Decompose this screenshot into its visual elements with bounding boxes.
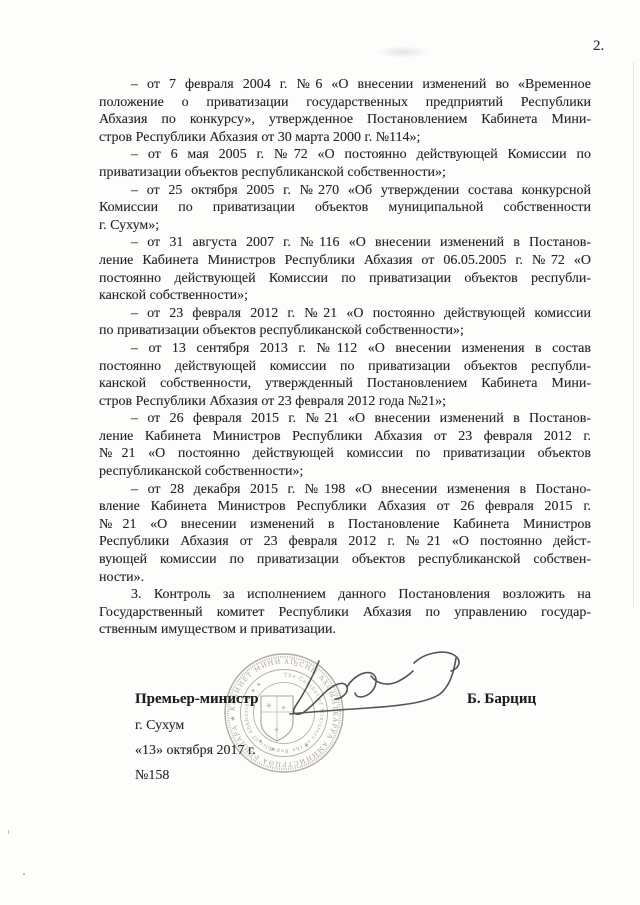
text-line: республиканской собственности»; — [99, 463, 591, 481]
scan-speck — [8, 830, 9, 834]
seal-inner-text: The Cabinet of Ministers of the Republic… — [243, 672, 324, 753]
paragraph: – от 25 октября 2005 г. №270 «Об утвержд… — [99, 182, 591, 235]
text-line: Комиссии по приватизации объектов муници… — [99, 199, 591, 217]
text-line: стров Республики Абхазия от 23 февраля 2… — [99, 393, 591, 411]
paragraph: – от 23 февраля 2012 г. №21 «О постоянно… — [99, 305, 591, 340]
signer-name: Б. Барциц — [467, 691, 536, 708]
text-line: ление Кабинета Министров Республики Абха… — [99, 252, 591, 270]
text-line: – от 13 сентября 2013 г. №112 «О внесени… — [99, 340, 591, 358]
scanned-document-page: 2. АҦСНЫ АҲӘЫНҬҚАРРА АМИНИСТРЦӘА РЕИДАРА… — [0, 0, 640, 905]
text-line: – от 25 октября 2005 г. №270 «Об утвержд… — [99, 182, 591, 200]
text-line: стров Республики Абхазия от 30 марта 200… — [99, 129, 591, 147]
paragraph: – от 13 сентября 2013 г. №112 «О внесени… — [99, 340, 591, 410]
signature-place: г. Сухум — [135, 718, 184, 734]
scan-edge-line — [633, 62, 634, 607]
svg-text:★: ★ — [270, 746, 275, 753]
text-line: постоянно действующей Комиссии по приват… — [99, 270, 591, 288]
scan-smudge-artifact — [377, 46, 429, 58]
signer-title: Премьер-министр — [135, 691, 259, 708]
text-line: №21 «О внесении изменений в Постановлени… — [99, 516, 591, 534]
text-line: 3. Контроль за исполнением данного Поста… — [99, 586, 591, 604]
text-line: – от 7 февраля 2004 г. №6 «О внесении из… — [99, 76, 591, 94]
signature-date: «13» октября 2017 г. — [135, 743, 256, 759]
text-line: ственным имуществом и приватизации. — [99, 621, 591, 639]
paragraph: – от 28 декабря 2015 г. №198 «О внесении… — [99, 481, 591, 587]
text-line: канской собственности, утвержденный Пост… — [99, 375, 591, 393]
text-line: по приватизации объектов республиканской… — [99, 322, 591, 340]
official-seal: АҦСНЫ АҲӘЫНҬҚАРРА АМИНИСТРЦӘА РЕИДАРА ★ … — [214, 643, 354, 783]
document-number: №158 — [135, 768, 169, 784]
text-line: – от 28 декабря 2015 г. №198 «О внесении… — [99, 481, 591, 499]
seal-inner-ring — [254, 683, 315, 744]
paragraph: – от 6 мая 2005 г. №72 «О постоянно дейс… — [99, 146, 591, 181]
svg-text:★: ★ — [304, 742, 309, 749]
svg-text:★: ★ — [258, 738, 263, 745]
paragraph: – от 31 августа 2007 г. №116 «О внесении… — [99, 234, 591, 304]
text-line: положение о приватизации государственных… — [99, 94, 591, 112]
text-line: г. Сухум»; — [99, 217, 591, 235]
text-line: Государственный комитет Республики Абхаз… — [99, 604, 591, 622]
svg-text:✳: ✳ — [266, 702, 272, 710]
paragraph: – от 7 февраля 2004 г. №6 «О внесении из… — [99, 76, 591, 146]
scan-speck — [23, 873, 25, 875]
seal-shield-emblem: ✳ ✳ ✳ — [261, 696, 293, 741]
document-body: – от 7 февраля 2004 г. №6 «О внесении из… — [99, 76, 591, 639]
page-number: 2. — [593, 38, 604, 55]
text-line: приватизации объектов республиканской со… — [99, 164, 591, 182]
text-line: постоянно действующей комиссии по приват… — [99, 358, 591, 376]
text-line: ности». — [99, 569, 591, 587]
text-line: – от 23 февраля 2012 г. №21 «О постоянно… — [99, 305, 591, 323]
text-line: вующей комиссии по приватизации объектов… — [99, 551, 591, 569]
paragraph: – от 26 февраля 2015 г. №21 «О внесении … — [99, 410, 591, 480]
text-line: канской собственности»; — [99, 287, 591, 305]
paragraph: 3. Контроль за исполнением данного Поста… — [99, 586, 591, 639]
text-line: – от 26 февраля 2015 г. №21 «О внесении … — [99, 410, 591, 428]
text-line: Абхазия по конкурсу», утвержденное Поста… — [99, 111, 591, 129]
text-line: – от 6 мая 2005 г. №72 «О постоянно дейс… — [99, 146, 591, 164]
svg-text:✳: ✳ — [274, 727, 279, 734]
text-line: – от 31 августа 2007 г. №116 «О внесении… — [99, 234, 591, 252]
text-line: вление Кабинета Министров Республики Абх… — [99, 498, 591, 516]
text-line: №21 «О постоянно действующей комиссии по… — [99, 445, 591, 463]
svg-text:✳: ✳ — [281, 705, 286, 712]
text-line: ление Кабинета Министров Республики Абха… — [99, 428, 591, 446]
text-line: Республики Абхазия от 23 февраля 2012 г.… — [99, 533, 591, 551]
